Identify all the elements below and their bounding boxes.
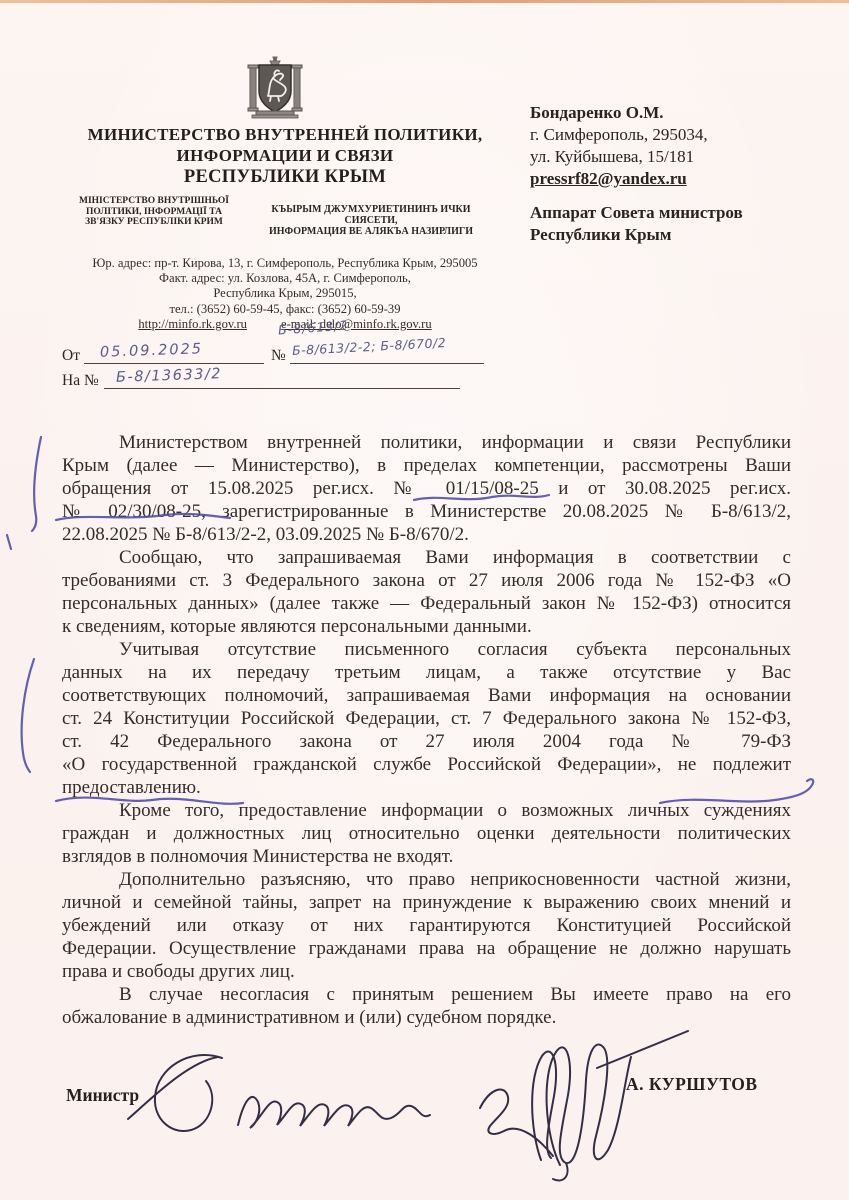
text-line: Республики Крым (530, 224, 830, 246)
body-line: «О государственной гражданской службе Ро… (62, 753, 791, 776)
margin-stroke-1 (32, 437, 41, 531)
crimea-coat-of-arms-icon (242, 56, 308, 120)
recipient-organization: Аппарат Совета министровРеспублики Крым (530, 202, 830, 246)
body-line: убеждений или отказу от них гарантируютс… (62, 914, 791, 937)
paragraph: Сообщаю, что запрашиваемая Вами информац… (62, 546, 791, 638)
scan-top-edge (0, 0, 849, 3)
ministry-name-translations: МІНІСТЕРСТВО ВНУТРІШНЬОЇПОЛІТИКИ, ІНФОРМ… (76, 196, 496, 237)
text-line: РЕСПУБЛИКИ КРЫМ (60, 166, 510, 188)
paragraph: Учитывая отсутствие письменного согласия… (62, 638, 791, 799)
signer-name: А. КУРШУТОВ (626, 1074, 758, 1095)
text-line: ПОЛІТИКИ, ІНФОРМАЦІЇ ТА (76, 207, 232, 218)
body-line: обжалование в административном и (или) с… (62, 1006, 791, 1029)
ministry-address: Юр. адрес: пр-т. Кирова, 13, г. Симфероп… (60, 256, 510, 317)
paragraph: Кроме того, предоставление информации о … (62, 799, 791, 868)
ministry-website-link: http://minfo.rk.gov.ru (138, 317, 247, 331)
body-line: данных на их передачу третьим лицам, а т… (62, 661, 791, 684)
body-line: № 02/30/08-25, зарегистрированные в Мини… (62, 500, 791, 523)
scanned-letter-page: МИНИСТЕРСТВО ВНУТРЕННЕЙ ПОЛИТИКИ,ИНФОРМА… (0, 0, 849, 1200)
text-line: Факт. адрес: ул. Козлова, 45А, г. Симфер… (60, 271, 510, 286)
body-line: права и свободы других лиц. (62, 960, 791, 983)
from-date-label: От (62, 347, 80, 365)
margin-stroke-2 (22, 659, 34, 772)
body-line: Сообщаю, что запрашиваемая Вами информац… (62, 546, 791, 569)
text-line: ЗВ'ЯЗКУ РЕСПУБЛІКИ КРИМ (76, 217, 232, 228)
text-line: МІНІСТЕРСТВО ВНУТРІШНЬОЇ (76, 196, 232, 207)
body-line: к сведениям, которые являются персональн… (62, 615, 791, 638)
body-line: ст. 24 Конституции Российской Федерации,… (62, 707, 791, 730)
margin-tick (7, 535, 11, 549)
body-line: граждан и должностных лиц относительно о… (62, 822, 791, 845)
text-line: тел.: (3652) 60-59-45, факс: (3652) 60-5… (60, 302, 510, 317)
body-line: личной и семейной тайны, запрет на прину… (62, 891, 791, 914)
text-line: Республика Крым, 295015, (60, 286, 510, 301)
reply-to-label: На № (62, 372, 99, 390)
approver-signature (480, 1031, 688, 1181)
body-line: Крым (далее — Министерство), в пределах … (62, 454, 791, 477)
paragraph: В случае несогласия с принятым решением … (62, 983, 791, 1029)
body-line: Учитывая отсутствие письменного согласия… (62, 638, 791, 661)
text-line: МИНИСТЕРСТВО ВНУТРЕННЕЙ ПОЛИТИКИ, (60, 124, 510, 145)
paragraph: Министерством внутренней политики, инфор… (62, 431, 791, 546)
text-line: Аппарат Совета министров (530, 202, 830, 224)
body-line: Кроме того, предоставление информации о … (62, 799, 791, 822)
body-line: 22.08.2025 № Б-8/613/2-2, 03.09.2025 № Б… (62, 523, 791, 546)
letter-body: Министерством внутренней политики, инфор… (62, 431, 791, 1029)
recipient-email: pressrf82@yandex.ru (530, 168, 830, 190)
text-line: ИНФОРМАЦИЯ ВЕ АЛЯКЪА НАЗИРЛИГИ (246, 226, 496, 237)
paragraph: Дополнительно разъясняю, что право непри… (62, 868, 791, 983)
ministry-name-crimean-tatar: КЪЫРЫМ ДЖУМХУРИЕТИНИНЪ ИЧКИ СИЯСЕТИ,ИНФО… (246, 196, 496, 237)
body-line: Дополнительно разъясняю, что право непри… (62, 868, 791, 891)
ministry-name-uk: МІНІСТЕРСТВО ВНУТРІШНЬОЇПОЛІТИКИ, ІНФОРМ… (76, 196, 232, 237)
outgoing-number-label: № (271, 347, 286, 365)
body-line: взглядов в полномочия Министерства не вх… (62, 845, 791, 868)
body-line: предоставлению. (62, 776, 791, 799)
body-line: Федерации. Осуществление гражданами прав… (62, 937, 791, 960)
body-line: требованиями ст. 3 Федерального закона о… (62, 569, 791, 592)
recipient-city: г. Симферополь, 295034, (530, 124, 830, 146)
body-line: ст. 42 Федерального закона от 27 июля 20… (62, 730, 791, 753)
recipient-street: ул. Куйбышева, 15/181 (530, 146, 830, 168)
body-line: соответствующих полномочий, запрашиваема… (62, 684, 791, 707)
body-line: персональных данных» (далее также — Феде… (62, 592, 791, 615)
body-line: обращения от 15.08.2025 рег.исх. № 01/15… (62, 477, 791, 500)
minister-signature (128, 1055, 430, 1131)
recipient-block: Бондаренко О.М. г. Симферополь, 295034, … (530, 102, 830, 246)
text-line: ИНФОРМАЦИИ И СВЯЗИ (60, 145, 510, 166)
ministry-name-ru: МИНИСТЕРСТВО ВНУТРЕННЕЙ ПОЛИТИКИ,ИНФОРМА… (60, 124, 510, 188)
text-line: Юр. адрес: пр-т. Кирова, 13, г. Симфероп… (60, 256, 510, 271)
signer-position: Министр (66, 1085, 139, 1106)
recipient-name: Бондаренко О.М. (530, 102, 830, 124)
body-line: Министерством внутренней политики, инфор… (62, 431, 791, 454)
text-line: КЪЫРЫМ ДЖУМХУРИЕТИНИНЪ ИЧКИ СИЯСЕТИ, (246, 204, 496, 226)
body-line: В случае несогласия с принятым решением … (62, 983, 791, 1006)
